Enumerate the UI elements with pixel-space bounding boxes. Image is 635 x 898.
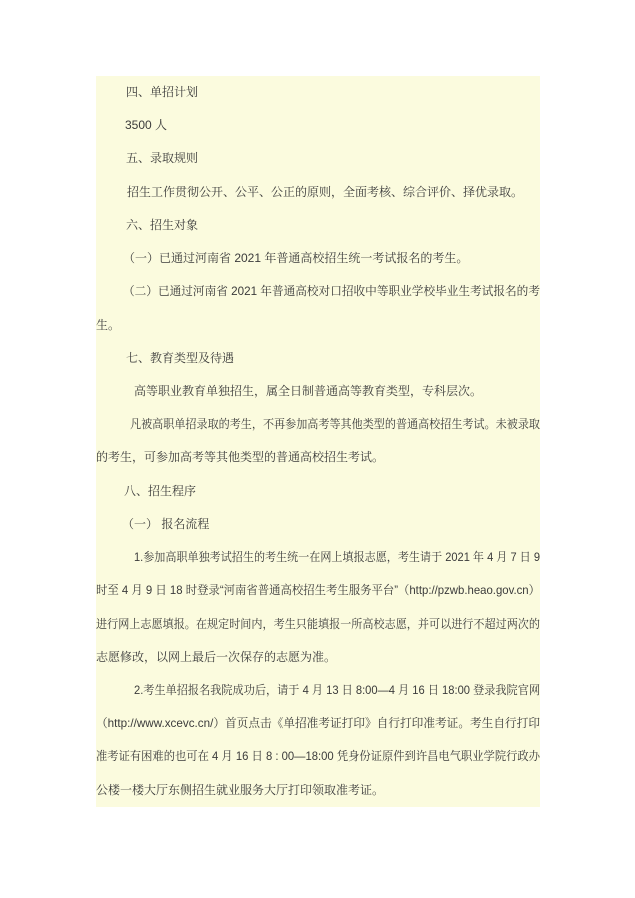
- text-line: 四、单招计划: [96, 76, 540, 109]
- text-run: 高等职业教育单独招生，属全日制普通高等教育类型，专科层次。: [134, 375, 482, 408]
- text-run: 六、招生对象: [126, 209, 198, 242]
- text-run: （一） 报名流程: [122, 508, 209, 541]
- text-line: 3500 人: [96, 109, 540, 142]
- text-line: 时至 4 月 9 日 18 时登录“河南省普通高校招生考生服务平台”（http:…: [96, 574, 540, 607]
- text-run: 准考证有困难的也可在 4 月 16 日 8 : 00—18:00 凭身份证原件到…: [96, 740, 540, 773]
- text-run: 2.考生单招报名我院成功后，请于 4 月 13 日 8:00—4 月 16 日 …: [134, 674, 540, 707]
- text-line: 高等职业教育单独招生，属全日制普通高等教育类型，专科层次。: [96, 375, 540, 408]
- text-run: 八、招生程序: [124, 475, 196, 508]
- text-line: （一） 报名流程: [96, 508, 540, 541]
- text-run: （http://www.xcevc.cn/）首页点击《单招准考证打印》自行打印准…: [96, 707, 540, 740]
- document-page: 四、单招计划3500 人五、录取规则招生工作贯彻公开、公平、公正的原则，全面考核…: [0, 0, 635, 898]
- text-line: 六、招生对象: [96, 209, 540, 242]
- text-run: 3500 人: [125, 109, 167, 142]
- text-run: 公楼一楼大厅东侧招生就业服务大厅打印领取准考证。: [96, 774, 384, 807]
- text-line: 凡被高职单招录取的考生，不再参加高考等其他类型的普通高校招生考试。未被录取: [96, 408, 540, 441]
- text-line: 准考证有困难的也可在 4 月 16 日 8 : 00—18:00 凭身份证原件到…: [96, 740, 540, 773]
- text-run: 1.参加高职单独考试招生的考生统一在网上填报志愿，考生请于 2021 年 4 月…: [134, 541, 540, 574]
- text-run: 凡被高职单招录取的考生，不再参加高考等其他类型的普通高校招生考试。未被录取: [130, 408, 540, 441]
- text-run: 四、单招计划: [126, 76, 198, 109]
- text-run: （一）已通过河南省 2021 年普通高校招生统一考试报名的考生。: [123, 242, 468, 275]
- text-line: 七、教育类型及待遇: [96, 342, 540, 375]
- text-run: 生。: [96, 309, 120, 342]
- text-run: 志愿修改，以网上最后一次保存的志愿为准。: [96, 641, 336, 674]
- text-line: 进行网上志愿填报。在规定时间内，考生只能填报一所高校志愿，并可以进行不超过两次的: [96, 608, 540, 641]
- text-line: （http://www.xcevc.cn/）首页点击《单招准考证打印》自行打印准…: [96, 707, 540, 740]
- text-line: 2.考生单招报名我院成功后，请于 4 月 13 日 8:00—4 月 16 日 …: [96, 674, 540, 707]
- text-run: 招生工作贯彻公开、公平、公正的原则，全面考核、综合评价、择优录取。: [127, 176, 523, 209]
- text-run: 的考生，可参加高考等其他类型的普通高校招生考试。: [96, 441, 384, 474]
- text-line: 五、录取规则: [96, 142, 540, 175]
- text-line: 志愿修改，以网上最后一次保存的志愿为准。: [96, 641, 540, 674]
- text-run: 五、录取规则: [126, 142, 198, 175]
- text-line: 招生工作贯彻公开、公平、公正的原则，全面考核、综合评价、择优录取。: [96, 176, 540, 209]
- text-line: （一）已通过河南省 2021 年普通高校招生统一考试报名的考生。: [96, 242, 540, 275]
- text-line: 公楼一楼大厅东侧招生就业服务大厅打印领取准考证。: [96, 774, 540, 807]
- text-line: （二）已通过河南省 2021 年普通高校对口招收中等职业学校毕业生考试报名的考: [96, 275, 540, 308]
- document-sheet: 四、单招计划3500 人五、录取规则招生工作贯彻公开、公平、公正的原则，全面考核…: [96, 76, 540, 807]
- text-run: 七、教育类型及待遇: [126, 342, 234, 375]
- text-line: 的考生，可参加高考等其他类型的普通高校招生考试。: [96, 441, 540, 474]
- text-run: 进行网上志愿填报。在规定时间内，考生只能填报一所高校志愿，并可以进行不超过两次的: [96, 608, 540, 641]
- text-run: （二）已通过河南省 2021 年普通高校对口招收中等职业学校毕业生考试报名的考: [123, 275, 540, 308]
- text-line: 1.参加高职单独考试招生的考生统一在网上填报志愿，考生请于 2021 年 4 月…: [96, 541, 540, 574]
- text-line: 生。: [96, 309, 540, 342]
- text-line: 八、招生程序: [96, 475, 540, 508]
- text-run: 时至 4 月 9 日 18 时登录“河南省普通高校招生考生服务平台”（http:…: [96, 574, 540, 607]
